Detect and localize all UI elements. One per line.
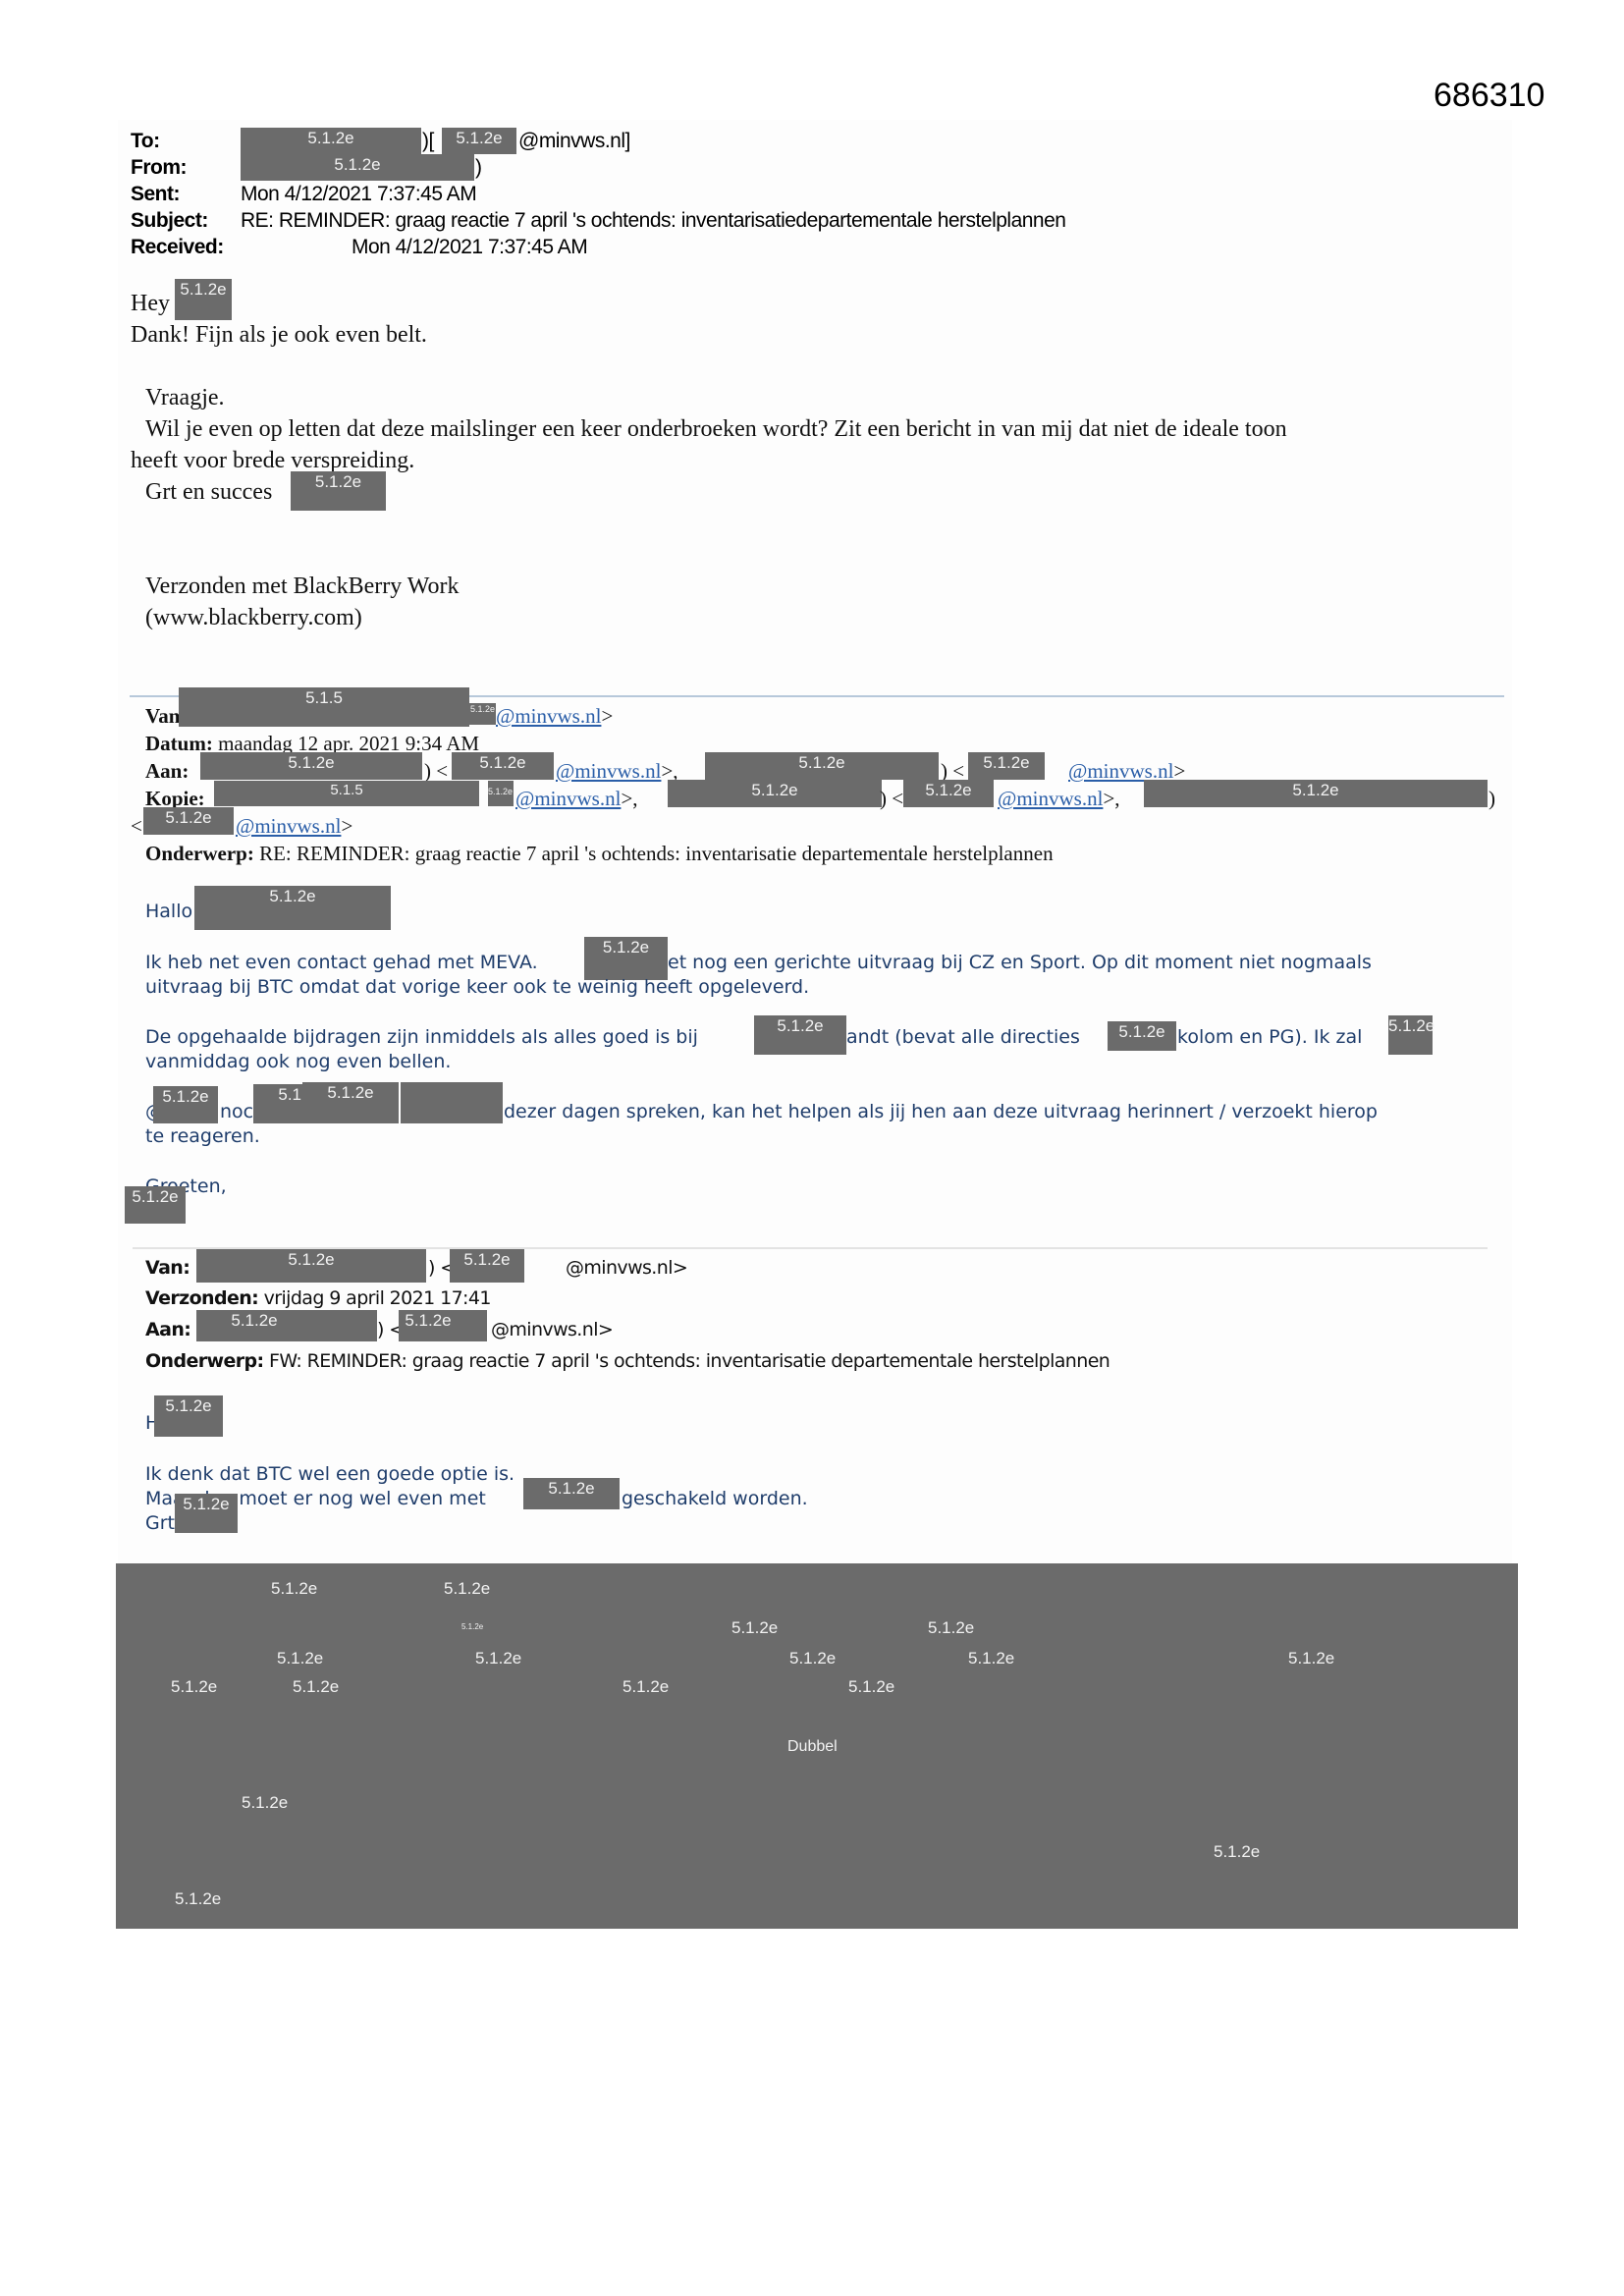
msg2-p3-d: te reageren. — [145, 1125, 260, 1147]
redaction-msg3-to-name-ext — [312, 1310, 377, 1341]
msg2-cc-lt: < — [131, 814, 142, 839]
redaction-msg1-closing-name: 5.1.2e — [291, 471, 386, 511]
redaction-label: 5.1.2e — [1214, 1842, 1260, 1862]
msg2-from-email[interactable]: @minvws.nl> — [496, 704, 613, 729]
redaction-label: 5.1.2e — [731, 1618, 778, 1638]
document-number: 686310 — [1434, 77, 1544, 115]
received-value: Mon 4/12/2021 7:37:45 AM — [352, 236, 587, 259]
msg2-p2-b: andt (bevat alle directies — [846, 1026, 1080, 1048]
msg2-cc-email-3[interactable]: @minvws.nl> — [236, 814, 352, 839]
msg2-to-email-1[interactable]: @minvws.nl>, — [556, 759, 678, 784]
redaction-msg2-cc-email-2: 5.1.2e — [903, 780, 994, 807]
sent-label: Sent: — [131, 183, 180, 206]
redaction-msg2-cc-email-3: 5.1.2e — [143, 807, 234, 835]
redaction-msg2-p3-4 — [401, 1082, 503, 1123]
subject-value: RE: REMINDER: graag reactie 7 april 's o… — [241, 209, 1065, 233]
double-label: Dubbel — [787, 1738, 838, 1756]
to-email-domain: @minvws.nl] — [518, 130, 630, 153]
redaction-msg3-greeting-name: 5.1.2e — [154, 1395, 223, 1437]
msg3-from-label: Van: — [145, 1257, 189, 1279]
redaction-label: 5.1.2e — [444, 1579, 490, 1599]
msg2-p2-d: vanmiddag ook nog even bellen. — [145, 1051, 451, 1072]
redaction-msg3-from-name: 5.1.2e — [196, 1249, 426, 1283]
redaction-msg3-to-name: 5.1.2e — [196, 1310, 312, 1341]
msg3-sent: Verzonden: vrijdag 9 april 2021 17:41 — [145, 1287, 491, 1309]
msg1-question-line1: Wil je even op letten dat deze mailsling… — [145, 416, 1287, 443]
redaction-label: 5.1.2e — [1288, 1649, 1334, 1668]
redaction-msg2-p3-1: 5.1.2e — [153, 1086, 218, 1123]
msg2-p1-b: et nog een gerichte uitvraag bij CZ en S… — [668, 952, 1372, 973]
redaction-msg3-signature: 5.1.2e — [175, 1494, 238, 1533]
redaction-label: 5.1.2e — [789, 1649, 836, 1668]
msg1-greeting: Hey — [131, 291, 170, 317]
msg2-p1-c: uitvraag bij BTC omdat dat vorige keer o… — [145, 976, 809, 998]
redaction-label: 5.1.2e — [242, 1793, 288, 1813]
redaction-from: 5.1.2e — [241, 154, 474, 181]
redaction-msg2-signature: 5.1.2e — [125, 1186, 186, 1224]
redaction-label: 5.1.2e — [293, 1677, 339, 1697]
redaction-label: 5.1.2e — [848, 1677, 894, 1697]
msg2-subject: Onderwerp: RE: REMINDER: graag reactie 7… — [145, 842, 1054, 866]
from-label: From: — [131, 156, 187, 180]
msg1-signature-line2: (www.blackberry.com) — [145, 605, 362, 631]
redaction-label: 5.1.2e — [928, 1618, 974, 1638]
msg3-subject: Onderwerp: FW: REMINDER: graag reactie 7… — [145, 1350, 1110, 1372]
redaction-msg2-greeting-name: 5.1.2e — [194, 886, 391, 930]
redaction-msg2-p2-2: 5.1.2e — [1108, 1021, 1176, 1051]
redaction-msg2-cc-email-1: 5.1.2e — [488, 781, 514, 806]
msg3-closing: Grt — [145, 1512, 175, 1534]
redaction-msg3-to-email-ext — [458, 1310, 487, 1341]
msg2-p1-a: Ik heb net even contact gehad met MEVA. — [145, 952, 538, 973]
redaction-msg2-cc-name-3: 5.1.2e — [1144, 780, 1488, 807]
msg2-cc-email-2[interactable]: @minvws.nl>, — [998, 787, 1120, 811]
to-label: To: — [131, 130, 160, 153]
redacted-block: 5.1.2e 5.1.2e 5.1.2e 5.1.2e 5.1.2e 5.1.2… — [116, 1563, 1518, 1929]
sent-value: Mon 4/12/2021 7:37:45 AM — [241, 183, 476, 206]
msg2-to-label: Aan: — [145, 759, 189, 784]
redaction-msg2-p2-3: 5.1.2e — [1388, 1015, 1433, 1055]
msg2-cc-bracket-3: ) — [1489, 787, 1495, 811]
redaction-msg1-greeting-name: 5.1.2e — [175, 279, 232, 320]
redaction-msg2-to-email-2: 5.1.2e — [968, 752, 1045, 780]
redaction-msg2-from-email: 5.1.2e — [469, 703, 496, 725]
redaction-msg3-from-email: 5.1.2e — [450, 1249, 524, 1283]
redaction-msg2-to-email-1: 5.1.2e — [452, 752, 554, 780]
msg2-p2-a: De opgehaalde bijdragen zijn inmiddels a… — [145, 1026, 698, 1048]
redaction-msg2-cc-name-2: 5.1.2e — [668, 780, 882, 807]
msg1-question-line2: heeft voor brede verspreiding. — [131, 448, 414, 474]
msg3-to-label: Aan: — [145, 1319, 190, 1340]
msg3-line1: Ik denk dat BTC wel een goede optie is. — [145, 1463, 514, 1485]
received-label: Received: — [131, 236, 224, 259]
msg2-cc-email-1[interactable]: @minvws.nl>, — [515, 787, 638, 811]
msg2-p3-c: dezer dagen spreken, kan het helpen als … — [504, 1101, 1378, 1122]
redaction-msg2-cc-name-1: 5.1.5 — [214, 781, 479, 806]
redaction-msg3-to-email: 5.1.2e — [399, 1310, 458, 1341]
redaction-msg3-line2: 5.1.2e — [523, 1478, 620, 1509]
redaction-msg2-p3-3: 5.1.2e — [302, 1082, 399, 1123]
redaction-label: 5.1.2e — [461, 1622, 483, 1631]
redaction-label: 5.1.2e — [475, 1649, 521, 1668]
msg3-from-email: @minvws.nl> — [566, 1257, 687, 1279]
msg3-line2-b: geschakeld worden. — [622, 1488, 808, 1509]
to-separator: )[ — [422, 130, 434, 153]
subject-label: Subject: — [131, 209, 208, 233]
redaction-msg2-to-name-2: 5.1.2e — [705, 752, 939, 780]
redaction-msg2-to-name-1: 5.1.2e — [200, 752, 422, 780]
redaction-msg2-from-name: 5.1.5 — [179, 687, 469, 727]
from-suffix: ) — [475, 156, 482, 180]
msg3-to-email: @minvws.nl> — [491, 1319, 613, 1340]
redaction-label: 5.1.2e — [623, 1677, 669, 1697]
redaction-label: 5.1.2e — [171, 1677, 217, 1697]
msg1-closing: Grt en succes — [145, 479, 272, 506]
redaction-label: 5.1.2e — [968, 1649, 1014, 1668]
redaction-to-email: 5.1.2e — [442, 128, 516, 154]
msg1-vraagje: Vraagje. — [145, 385, 225, 411]
msg1-line1: Dank! Fijn als je ook even belt. — [131, 322, 427, 349]
msg2-cc-bracket-2: ) < — [880, 787, 903, 811]
redaction-label: 5.1.2e — [271, 1579, 317, 1599]
redaction-to-name: 5.1.2e — [241, 128, 421, 154]
msg2-p2-c: kolom en PG). Ik zal — [1177, 1026, 1362, 1048]
msg1-signature-line1: Verzonden met BlackBerry Work — [145, 574, 460, 600]
msg2-greeting: Hallo — [145, 901, 192, 922]
redaction-msg2-p2-1: 5.1.2e — [754, 1015, 846, 1055]
redaction-label: 5.1.2e — [277, 1649, 323, 1668]
redaction-label: 5.1.2e — [175, 1889, 221, 1909]
redaction-msg2-p1: 5.1.2e — [584, 937, 668, 980]
